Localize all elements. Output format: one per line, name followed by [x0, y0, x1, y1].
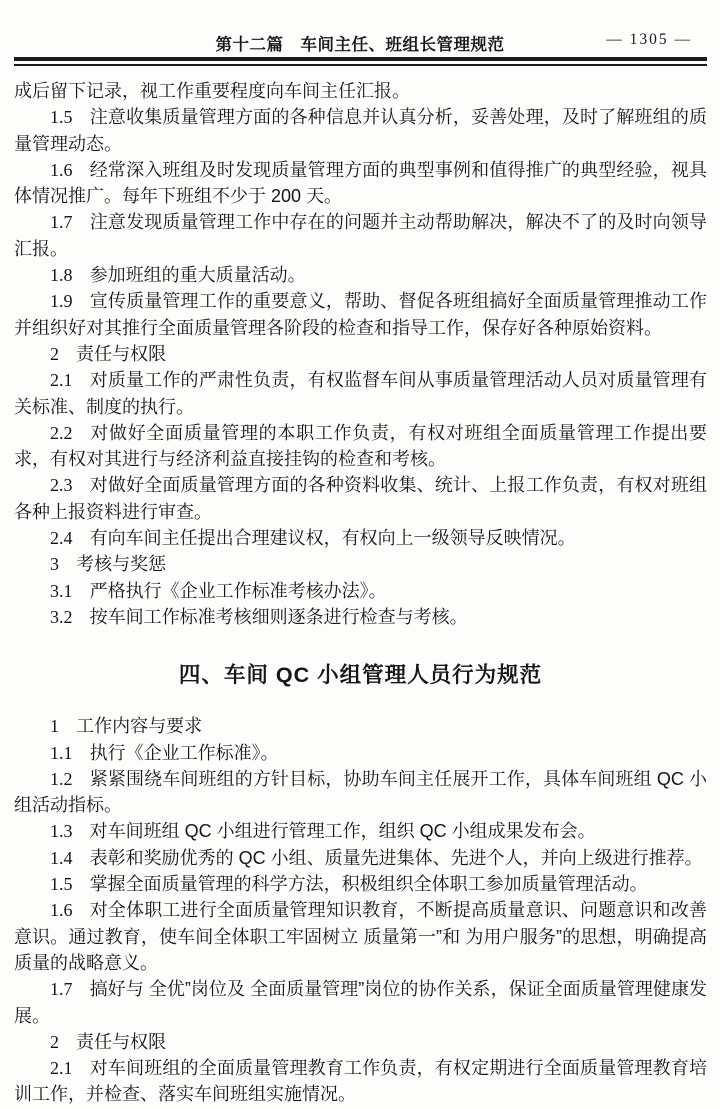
header-rule-thick: [14, 57, 707, 61]
item-text: 有向车间主任提出合理建议权，有权向上一级领导反映情况。: [90, 528, 576, 548]
item-text: 对做好全面质量管理的本职工作负责，有权对班组全面质量管理工作提出要求，有权对其进…: [14, 423, 707, 469]
item-text: 参加班组的重大质量活动。: [90, 265, 306, 285]
numbered-paragraph: 1.2紧紧围绕车间班组的方针目标，协助车间主任展开工作，具体车间班组 QC 小组…: [14, 766, 707, 819]
item-text: 掌握全面质量管理的科学方法，积极组织全体职工参加质量管理活动。: [90, 874, 648, 894]
chapter-title: 第十二篇 车间主任、班组长管理规范: [14, 31, 706, 55]
numbered-paragraph: 2责任与权限: [14, 341, 707, 367]
numbered-paragraph: 1.5注意收集质量管理方面的各种信息并认真分析，妥善处理，及时了解班组的质量管理…: [14, 104, 707, 157]
numbered-paragraph: 2.3对做好全面质量管理方面的各种资料收集、统计、上报工作负责，有权对班组各种上…: [14, 472, 707, 525]
page-body: 成后留下记录，视工作重要程度向车间主任汇报。1.5注意收集质量管理方面的各种信息…: [14, 78, 707, 1108]
item-text: 责任与权限: [76, 344, 166, 364]
numbered-paragraph: 1.7搞好与 全优”岗位及 全面质量管理”岗位的协作关系，保证全面质量管理健康发…: [14, 976, 707, 1029]
numbered-paragraph: 2.1对质量工作的严肃性负责，有权监督车间从事质量管理活动人员对质量管理有关标准…: [14, 367, 707, 420]
item-number: 1.7: [50, 979, 73, 999]
numbered-paragraph: 1工作内容与要求: [14, 713, 707, 739]
item-text: 对做好全面质量管理方面的各种资料收集、统计、上报工作负责，有权对班组各种上报资料…: [14, 475, 707, 521]
numbered-paragraph: 1.6对全体职工进行全面质量管理知识教育，不断提高质量意识、问题意识和改善意识。…: [14, 897, 707, 976]
numbered-paragraph: 1.5掌握全面质量管理的科学方法，积极组织全体职工参加质量管理活动。: [14, 871, 707, 897]
item-number: 1.6: [50, 160, 73, 180]
item-text: 对质量工作的严肃性负责，有权监督车间从事质量管理活动人员对质量管理有关标准、制度…: [14, 370, 707, 416]
item-number: 2.2: [50, 423, 73, 443]
numbered-paragraph: 3.1严格执行《企业工作标准考核办法》。: [14, 578, 707, 604]
item-number: 2.3: [50, 475, 73, 495]
item-text: 表彰和奖励优秀的 QC 小组、质量先进集体、先进个人，并向上级进行推荐。: [90, 848, 703, 868]
numbered-paragraph: 1.1执行《企业工作标准》。: [14, 740, 707, 766]
item-number: 3.2: [50, 607, 73, 627]
item-text: 考核与奖惩: [76, 554, 166, 574]
item-number: 1.8: [50, 265, 73, 285]
numbered-paragraph: 1.9宣传质量管理工作的重要意义，帮助、督促各班组搞好全面质量管理推动工作并组织…: [14, 288, 707, 341]
item-text: 紧紧围绕车间班组的方针目标，协助车间主任展开工作，具体车间班组 QC 小组活动指…: [14, 769, 707, 815]
item-number: 1: [50, 716, 59, 736]
item-number: 1.5: [50, 874, 73, 894]
item-number: 1.6: [50, 900, 73, 920]
numbered-paragraph: 3.2按车间工作标准考核细则逐条进行检查与考核。: [14, 604, 707, 630]
item-text: 搞好与 全优”岗位及 全面质量管理”岗位的协作关系，保证全面质量管理健康发展。: [14, 979, 707, 1025]
item-text: 注意发现质量管理工作中存在的问题并主动帮助解决，解决不了的及时向领导汇报。: [14, 212, 707, 258]
numbered-paragraph: 2.1对车间班组的全面质量管理教育工作负责，有权定期进行全面质量管理教育培训工作…: [14, 1055, 707, 1108]
item-number: 1.2: [50, 769, 73, 789]
page-number: — 1305 —: [606, 31, 692, 49]
item-text: 对车间班组的全面质量管理教育工作负责，有权定期进行全面质量管理教育培训工作，并检…: [14, 1058, 707, 1104]
item-number: 3.1: [50, 581, 73, 601]
numbered-paragraph: 2.4有向车间主任提出合理建议权，有权向上一级领导反映情况。: [14, 525, 707, 551]
item-number: 1.7: [50, 212, 73, 232]
item-number: 2.1: [50, 1058, 73, 1078]
book-page: 第十二篇 车间主任、班组长管理规范 — 1305 — 成后留下记录，视工作重要程…: [0, 0, 720, 1109]
item-number: 1.4: [50, 848, 73, 868]
numbered-paragraph: 1.7注意发现质量管理工作中存在的问题并主动帮助解决，解决不了的及时向领导汇报。: [14, 209, 707, 262]
item-number: 1.1: [50, 743, 73, 763]
item-text: 责任与权限: [76, 1032, 166, 1052]
header-rule-thin: [14, 64, 707, 66]
item-text: 对车间班组 QC 小组进行管理工作，组织 QC 小组成果发布会。: [90, 821, 596, 841]
numbered-paragraph: 2.2对做好全面质量管理的本职工作负责，有权对班组全面质量管理工作提出要求，有权…: [14, 420, 707, 473]
item-number: 2: [50, 344, 59, 364]
item-number: 1.3: [50, 821, 73, 841]
item-number: 1.5: [50, 107, 73, 127]
item-text: 执行《企业工作标准》。: [90, 743, 279, 763]
numbered-paragraph: 1.4表彰和奖励优秀的 QC 小组、质量先进集体、先进个人，并向上级进行推荐。: [14, 845, 707, 871]
item-text: 宣传质量管理工作的重要意义，帮助、督促各班组搞好全面质量管理推动工作并组织好对其…: [14, 291, 707, 337]
numbered-paragraph: 2责任与权限: [14, 1029, 707, 1055]
item-text: 注意收集质量管理方面的各种信息并认真分析，妥善处理，及时了解班组的质量管理动态。: [14, 107, 707, 153]
item-number: 2.1: [50, 370, 73, 390]
item-number: 3: [50, 554, 59, 574]
item-text: 严格执行《企业工作标准考核办法》。: [90, 581, 387, 601]
item-text: 对全体职工进行全面质量管理知识教育，不断提高质量意识、问题意识和改善意识。通过教…: [14, 900, 707, 973]
item-text: 按车间工作标准考核细则逐条进行检查与考核。: [90, 607, 468, 627]
paragraph-continuation: 成后留下记录，视工作重要程度向车间主任汇报。: [14, 78, 707, 104]
item-text: 工作内容与要求: [76, 716, 202, 736]
page-header: 第十二篇 车间主任、班组长管理规范 — 1305 —: [14, 31, 706, 55]
section-heading: 四、车间 QC 小组管理人员行为规范: [14, 660, 707, 690]
header-rule: [14, 57, 707, 66]
numbered-paragraph: 3考核与奖惩: [14, 551, 707, 577]
item-text: 成后留下记录，视工作重要程度向车间主任汇报。: [14, 81, 410, 101]
item-number: 1.9: [50, 291, 73, 311]
item-number: 2: [50, 1032, 59, 1052]
numbered-paragraph: 1.6经常深入班组及时发现质量管理方面的典型事例和值得推广的典型经验，视具体情况…: [14, 157, 707, 210]
numbered-paragraph: 1.8参加班组的重大质量活动。: [14, 262, 707, 288]
item-number: 2.4: [50, 528, 73, 548]
item-text: 经常深入班组及时发现质量管理方面的典型事例和值得推广的典型经验，视具体情况推广。…: [14, 160, 707, 206]
numbered-paragraph: 1.3对车间班组 QC 小组进行管理工作，组织 QC 小组成果发布会。: [14, 818, 707, 844]
